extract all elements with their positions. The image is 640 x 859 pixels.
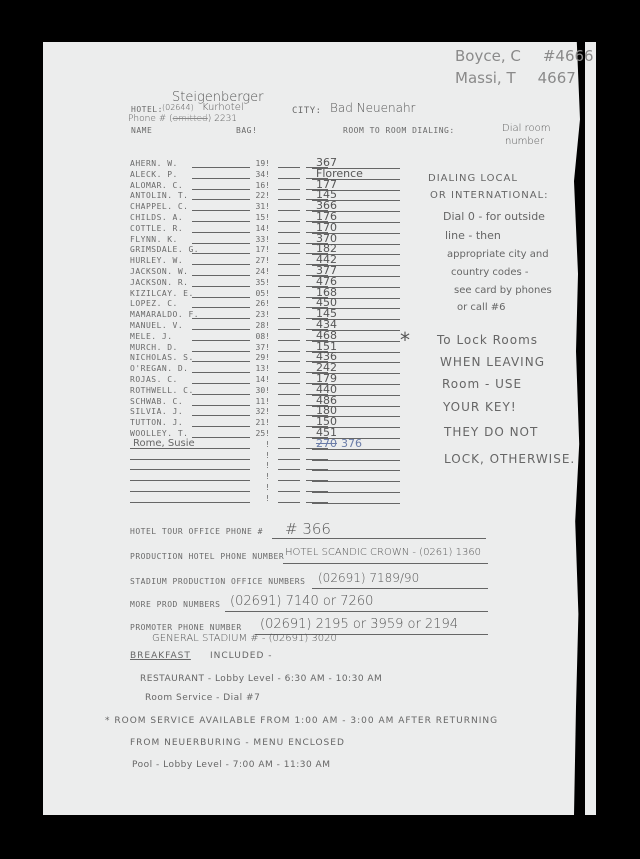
blank-line xyxy=(278,459,300,460)
roster-row: GRIMSDALE. G.17!182 xyxy=(130,245,400,256)
roster-bag: ! xyxy=(248,494,270,503)
blank-line xyxy=(192,275,250,276)
roster-bag: 37! xyxy=(248,343,270,352)
roster-bag: ! xyxy=(248,451,270,460)
roster-bag: 22! xyxy=(248,191,270,200)
roster-row: ROJAS. C.14!179 xyxy=(130,375,400,386)
blank-line xyxy=(278,491,300,492)
roster-row: JACKSON. W.24!377 xyxy=(130,267,400,278)
field-label-stadium-office: STADIUM PRODUCTION OFFICE NUMBERS xyxy=(130,577,305,586)
field-value-more-prod: (02691) 7140 or 7260 xyxy=(230,594,373,609)
roster-name: GRIMSDALE. G. xyxy=(130,245,199,254)
blank-line xyxy=(278,426,300,427)
roster-bag: ! xyxy=(248,461,270,470)
blank-line xyxy=(278,318,300,319)
roster-bag: 28! xyxy=(248,321,270,330)
roster-bag: 32! xyxy=(248,407,270,416)
field-label-production-hotel: PRODUCTION HOTEL PHONE NUMBER xyxy=(130,552,284,561)
blank-line xyxy=(278,221,300,222)
roster-name: MURCH. D. xyxy=(130,343,178,352)
roster-name: MANUEL. V. xyxy=(130,321,183,330)
roster-row: MAMARALDO. F.23!145 xyxy=(130,310,400,321)
roster-bag: 24! xyxy=(248,267,270,276)
roster-bag: 33! xyxy=(248,235,270,244)
roster-name: MELE. J. xyxy=(130,332,173,341)
blank-line xyxy=(192,199,250,200)
general-stadium-number: GENERAL STADIUM # - (02691) 3020 xyxy=(152,633,337,644)
name-column-header: NAME xyxy=(131,126,152,135)
field-value-production-hotel: HOTEL SCANDIC CROWN - (0261) 1360 xyxy=(285,547,481,558)
roster-name: CHAPPEL. C. xyxy=(130,202,188,211)
blank-line xyxy=(192,210,250,211)
roster-bag: 30! xyxy=(248,386,270,395)
field-value-promoter: (02691) 2195 or 3959 or 2194 xyxy=(260,617,458,632)
roster-bag: 31! xyxy=(248,202,270,211)
blank-line xyxy=(192,415,250,416)
blank-line xyxy=(130,491,250,492)
roster-bag: 35! xyxy=(248,278,270,287)
blank-line xyxy=(312,503,400,504)
blank-line xyxy=(278,199,300,200)
roster-row: COTTLE. R.14!170 xyxy=(130,224,400,235)
roster-row: SILVIA. J.32!180 xyxy=(130,407,400,418)
bag-column-header: BAG! xyxy=(236,126,257,135)
roster-bag: 27! xyxy=(248,256,270,265)
roster-row: ALOMAR. C.16!177 xyxy=(130,181,400,192)
blank-line xyxy=(278,264,300,265)
blank-line xyxy=(278,448,300,449)
blank-line xyxy=(278,167,300,168)
field-line xyxy=(225,611,488,612)
roster-table: AHERN. W.19!367ALECK. P.34!FlorenceALOMA… xyxy=(130,159,400,505)
blank-line xyxy=(192,253,250,254)
roster-bag: 14! xyxy=(248,375,270,384)
blank-line xyxy=(192,307,250,308)
blank-line xyxy=(278,394,300,395)
blank-line xyxy=(192,232,250,233)
roster-bag: ! xyxy=(248,483,270,492)
roster-bag: 13! xyxy=(248,364,270,373)
city-value: Bad Neuenahr xyxy=(330,101,416,115)
blank-line xyxy=(192,178,250,179)
blank-line xyxy=(192,351,250,352)
blank-line xyxy=(278,340,300,341)
blank-line xyxy=(278,405,300,406)
blank-line xyxy=(278,361,300,362)
roster-room: 270376 xyxy=(316,437,362,450)
field-line xyxy=(312,588,488,589)
field-label-promoter: PROMOTER PHONE NUMBER xyxy=(130,623,242,632)
roster-row: JACKSON. R.35!476 xyxy=(130,278,400,289)
roster-name: KIZILCAY. E. xyxy=(130,289,194,298)
field-value-stadium-office: (02691) 7189/90 xyxy=(318,571,419,585)
roster-name: WOOLLEY. T. xyxy=(130,429,188,438)
roster-name: ALECK. P. xyxy=(130,170,178,179)
blank-line xyxy=(278,351,300,352)
blank-line xyxy=(278,232,300,233)
roster-name: FLYNN. K. xyxy=(130,235,178,244)
roster-row: LOPEZ. C.26!450 xyxy=(130,299,400,310)
blank-line xyxy=(192,286,250,287)
blank-line xyxy=(278,286,300,287)
roster-row: CHAPPEL. C.31!366 xyxy=(130,202,400,213)
roster-bag: 17! xyxy=(248,245,270,254)
blank-line xyxy=(192,264,250,265)
blank-line xyxy=(278,383,300,384)
roster-bag: 16! xyxy=(248,181,270,190)
roster-bag: 34! xyxy=(248,170,270,179)
blank-line xyxy=(192,394,250,395)
blank-line xyxy=(278,329,300,330)
roster-bag: 14! xyxy=(248,224,270,233)
roster-row: Rome, Susie!270376 xyxy=(130,440,400,451)
roster-name: JACKSON. W. xyxy=(130,267,188,276)
roster-row: HURLEY. W.27!442 xyxy=(130,256,400,267)
roster-name: NICHOLAS. S. xyxy=(130,353,194,362)
roster-row: ! xyxy=(130,451,400,462)
roster-row: TUTTON. J.21!150 xyxy=(130,418,400,429)
roster-name: LOPEZ. C. xyxy=(130,299,178,308)
blank-line xyxy=(278,243,300,244)
hotel-name-line2: Kurhotel xyxy=(202,102,244,113)
roster-name: SILVIA. J. xyxy=(130,407,183,416)
field-line xyxy=(272,538,486,539)
torn-paper-strip xyxy=(585,42,596,815)
corner-note-2: Massi, T4667 xyxy=(455,67,594,89)
blank-line xyxy=(278,437,300,438)
roster-bag: 11! xyxy=(248,397,270,406)
asterisk-icon: * xyxy=(400,328,410,352)
corner-note-1: Boyce, C#4666 xyxy=(455,45,594,67)
roster-row: ! xyxy=(130,472,400,483)
blank-line xyxy=(192,318,250,319)
blank-line xyxy=(192,340,250,341)
roster-row: NICHOLAS. S.29!436 xyxy=(130,353,400,364)
roster-bag: ! xyxy=(248,440,270,449)
roster-row: SCHWAB. C.11!486 xyxy=(130,397,400,408)
blank-line xyxy=(278,189,300,190)
roster-name: ALOMAR. C. xyxy=(130,181,183,190)
roster-row: ANTOLIN. T.22!145 xyxy=(130,191,400,202)
roster-bag: ! xyxy=(248,472,270,481)
blank-line xyxy=(192,329,250,330)
breakfast-room-service: Room Service - Dial #7 xyxy=(145,693,260,703)
blank-line xyxy=(278,275,300,276)
roster-row: O'REGAN. D.13!242 xyxy=(130,364,400,375)
blank-line xyxy=(192,189,250,190)
roster-bag: 23! xyxy=(248,310,270,319)
blank-line xyxy=(130,448,250,449)
roster-row: MANUEL. V.28!434 xyxy=(130,321,400,332)
blank-line xyxy=(278,502,300,503)
blank-line xyxy=(278,297,300,298)
blank-line xyxy=(278,210,300,211)
blank-line xyxy=(278,178,300,179)
blank-line xyxy=(192,405,250,406)
corner-notes: Boyce, C#4666 Massi, T4667 xyxy=(455,45,594,89)
breakfast-restaurant: RESTAURANT - Lobby Level - 6:30 AM - 10:… xyxy=(140,674,382,684)
roster-name: AHERN. W. xyxy=(130,159,178,168)
blank-line xyxy=(278,253,300,254)
roster-row: MURCH. D.37!151 xyxy=(130,343,400,354)
blank-line xyxy=(130,459,250,460)
field-label-more-prod: MORE PROD NUMBERS xyxy=(130,600,220,609)
blank-line xyxy=(192,167,250,168)
blank-line xyxy=(192,361,250,362)
dialing-value-2: number xyxy=(505,136,544,147)
blank-line xyxy=(130,480,250,481)
roster-bag: 05! xyxy=(248,289,270,298)
dialing-value-1: Dial room xyxy=(502,123,550,134)
roster-row: ! xyxy=(130,494,400,505)
roster-bag: 19! xyxy=(248,159,270,168)
roster-name: ROTHWELL. C. xyxy=(130,386,194,395)
roster-bag: 15! xyxy=(248,213,270,222)
blank-line xyxy=(192,297,250,298)
blank-line xyxy=(192,426,250,427)
roster-name: COTTLE. R. xyxy=(130,224,183,233)
blank-line xyxy=(278,469,300,470)
blank-line xyxy=(192,243,250,244)
roster-name: TUTTON. J. xyxy=(130,418,183,427)
new-room: 376 xyxy=(341,437,362,450)
blank-line xyxy=(130,469,250,470)
roster-bag: 21! xyxy=(248,418,270,427)
roster-row: CHILDS. A.15!176 xyxy=(130,213,400,224)
blank-line xyxy=(278,307,300,308)
roster-name: CHILDS. A. xyxy=(130,213,183,222)
roster-bag: 25! xyxy=(248,429,270,438)
pool-info: Pool - Lobby Level - 7:00 AM - 11:30 AM xyxy=(132,760,330,770)
roster-name: ROJAS. C. xyxy=(130,375,178,384)
roster-row: MELE. J.08!468 xyxy=(130,332,400,343)
roster-name: JACKSON. R. xyxy=(130,278,188,287)
field-line xyxy=(283,563,488,564)
breakfast-included: INCLUDED - xyxy=(210,651,272,661)
roster-row: ROTHWELL. C.30!440 xyxy=(130,386,400,397)
roster-name: O'REGAN. D. xyxy=(130,364,188,373)
roster-row: ALECK. P.34!Florence xyxy=(130,170,400,181)
roster-bag: 08! xyxy=(248,332,270,341)
roster-row: KIZILCAY. E.05!168 xyxy=(130,289,400,300)
roster-name: HURLEY. W. xyxy=(130,256,183,265)
blank-line xyxy=(192,372,250,373)
struck-room: 270 xyxy=(316,437,337,450)
roster-name: SCHWAB. C. xyxy=(130,397,183,406)
dialing-label: ROOM TO ROOM DIALING: xyxy=(343,126,455,135)
hotel-code: (02644) xyxy=(162,103,194,112)
blank-line xyxy=(278,372,300,373)
field-value-tour-office: # 366 xyxy=(285,520,331,538)
roster-name: ANTOLIN. T. xyxy=(130,191,188,200)
roster-row: FLYNN. K.33!370 xyxy=(130,235,400,246)
breakfast-title: BREAKFAST xyxy=(130,651,191,661)
blank-line xyxy=(278,480,300,481)
hotel-phone: Phone # (omitted) 2231 xyxy=(128,114,237,124)
hotel-label: HOTEL: xyxy=(131,105,163,114)
city-label: CITY: xyxy=(292,106,322,116)
blank-line xyxy=(278,415,300,416)
field-label-tour-office: HOTEL TOUR OFFICE PHONE # xyxy=(130,527,263,536)
roster-bag: 29! xyxy=(248,353,270,362)
blank-line xyxy=(192,221,250,222)
blank-line xyxy=(192,437,250,438)
roster-bag: 26! xyxy=(248,299,270,308)
blank-line xyxy=(130,502,250,503)
roster-row: ! xyxy=(130,461,400,472)
roster-row: ! xyxy=(130,483,400,494)
roster-name: MAMARALDO. F. xyxy=(130,310,199,319)
blank-line xyxy=(192,383,250,384)
